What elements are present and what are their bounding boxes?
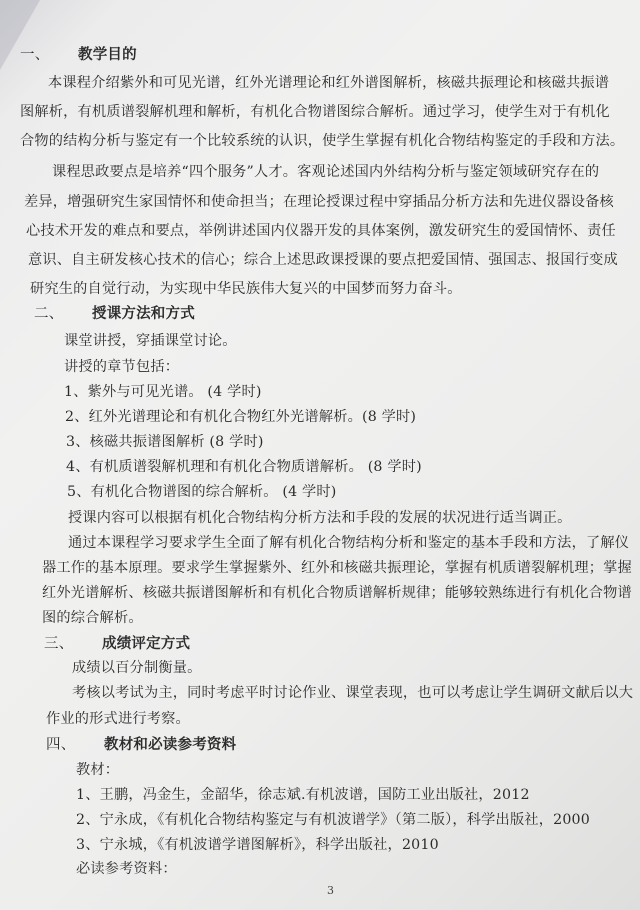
paragraph-line: 合物的结构分析与鉴定有一个比较系统的认识，使学生掌握有机化合物结构鉴定的手段和方… xyxy=(20,130,624,150)
section-number: 一、 xyxy=(20,43,78,64)
section-title: 授课方法和方式 xyxy=(92,306,195,322)
paragraph-line: 课堂讲授，穿插课堂讨论。 xyxy=(64,330,237,350)
reference-item: 1、王鹏，冯金生，金韶华，徐志斌.有机波谱，国防工业出版社，2012 xyxy=(76,784,530,804)
section-title: 教学目的 xyxy=(78,47,137,63)
page-number: 3 xyxy=(327,884,334,897)
chapter-item: 1、紫外与可见光谱。 (4 学时) xyxy=(64,381,262,401)
paragraph-line: 课程思政要点是培养“四个服务”人才。客观论述国内外结构分析与鉴定领域研究存在的 xyxy=(52,161,599,181)
chapter-item: 2、红外光谱理论和有机化合物红外光谱解析。(8 学时) xyxy=(65,406,416,426)
chapter-item: 5、有机化合物谱图的综合解析。 (4 学时) xyxy=(67,481,337,501)
paragraph-line: 考核以考试为主，同时考虑平时讨论作业、课堂表现，也可以考虑让学生调研文献后以大 xyxy=(72,682,633,702)
section-heading-4: 四、教材和必读参考资料 xyxy=(46,733,236,754)
paragraph-line: 作业的形式进行考察。 xyxy=(46,708,190,728)
paragraph-line: 成绩以百分制衡量。 xyxy=(72,657,202,677)
reference-item: 3、宁永城，《有机波谱学谱图解析》，科学出版社，2010 xyxy=(76,834,439,854)
reference-item: 2、宁永成，《有机化合物结构鉴定与有机波谱学》（第二版），科学出版社，2000 xyxy=(76,809,590,829)
section-heading-2: 二、授课方法和方式 xyxy=(34,302,195,323)
paragraph-line: 授课内容可以根据有机化合物结构分析方法和手段的发展的状况进行适当调正。 xyxy=(68,507,572,527)
section-heading-3: 三、成绩评定方式 xyxy=(44,632,190,653)
paragraph-line: 红外光谱解析、核磁共振谱图解析和有机化合物质谱解析规律；能够较熟练进行有机化合物… xyxy=(42,582,632,602)
paragraph-line: 讲授的章节包括： xyxy=(64,356,179,376)
paragraph-line: 器工作的基本原理。要求学生掌握紫外、红外和核磁共振理论，掌握有机质谱裂解机理；掌… xyxy=(42,557,632,577)
chapter-item: 3、核磁共振谱图解析 (8 学时) xyxy=(66,431,264,451)
paragraph-line: 图解析，有机质谱裂解机理和解析，有机化合物谱图综合解析。通过学习，使学生对于有机… xyxy=(20,101,610,121)
section-number: 二、 xyxy=(34,302,92,323)
paragraph-line: 意识、自主研发核心技术的信心；综合上述思政课授课的要点把爱国情、强国志、报国行变… xyxy=(28,249,618,269)
paragraph-line: 必读参考资料： xyxy=(76,858,177,878)
paragraph-line: 本课程介绍紫外和可见光谱，红外光谱理论和红外谱图解析，核磁共振理论和核磁共振谱 xyxy=(48,72,609,92)
section-number: 三、 xyxy=(44,632,102,653)
paragraph-line: 教材： xyxy=(76,759,119,779)
document-page: 一、教学目的 本课程介绍紫外和可见光谱，红外光谱理论和红外谱图解析，核磁共振理论… xyxy=(0,0,640,910)
chapter-item: 4、有机质谱裂解机理和有机化合物质谱解析。 (8 学时) xyxy=(66,456,422,476)
paragraph-line: 差异，增强研究生家国情怀和使命担当；在理论授课过程中穿插品分析方法和先进仪器设备… xyxy=(24,191,614,211)
paragraph-line: 研究生的自觉行动，为实现中华民族伟大复兴的中国梦而努力奋斗。 xyxy=(30,278,462,298)
section-title: 教材和必读参考资料 xyxy=(104,737,236,753)
paragraph-line: 心技术开发的难点和要点，举例讲述国内仪器开发的具体案例，激发研究生的爱国情怀、责… xyxy=(26,220,616,240)
section-number: 四、 xyxy=(46,733,104,754)
section-title: 成绩评定方式 xyxy=(102,636,190,652)
paragraph-line: 图的综合解析。 xyxy=(42,607,143,627)
paragraph-line: 通过本课程学习要求学生全面了解有机化合物结构分析和鉴定的基本手段和方法，了解仪 xyxy=(68,532,629,552)
section-heading-1: 一、教学目的 xyxy=(20,43,137,64)
